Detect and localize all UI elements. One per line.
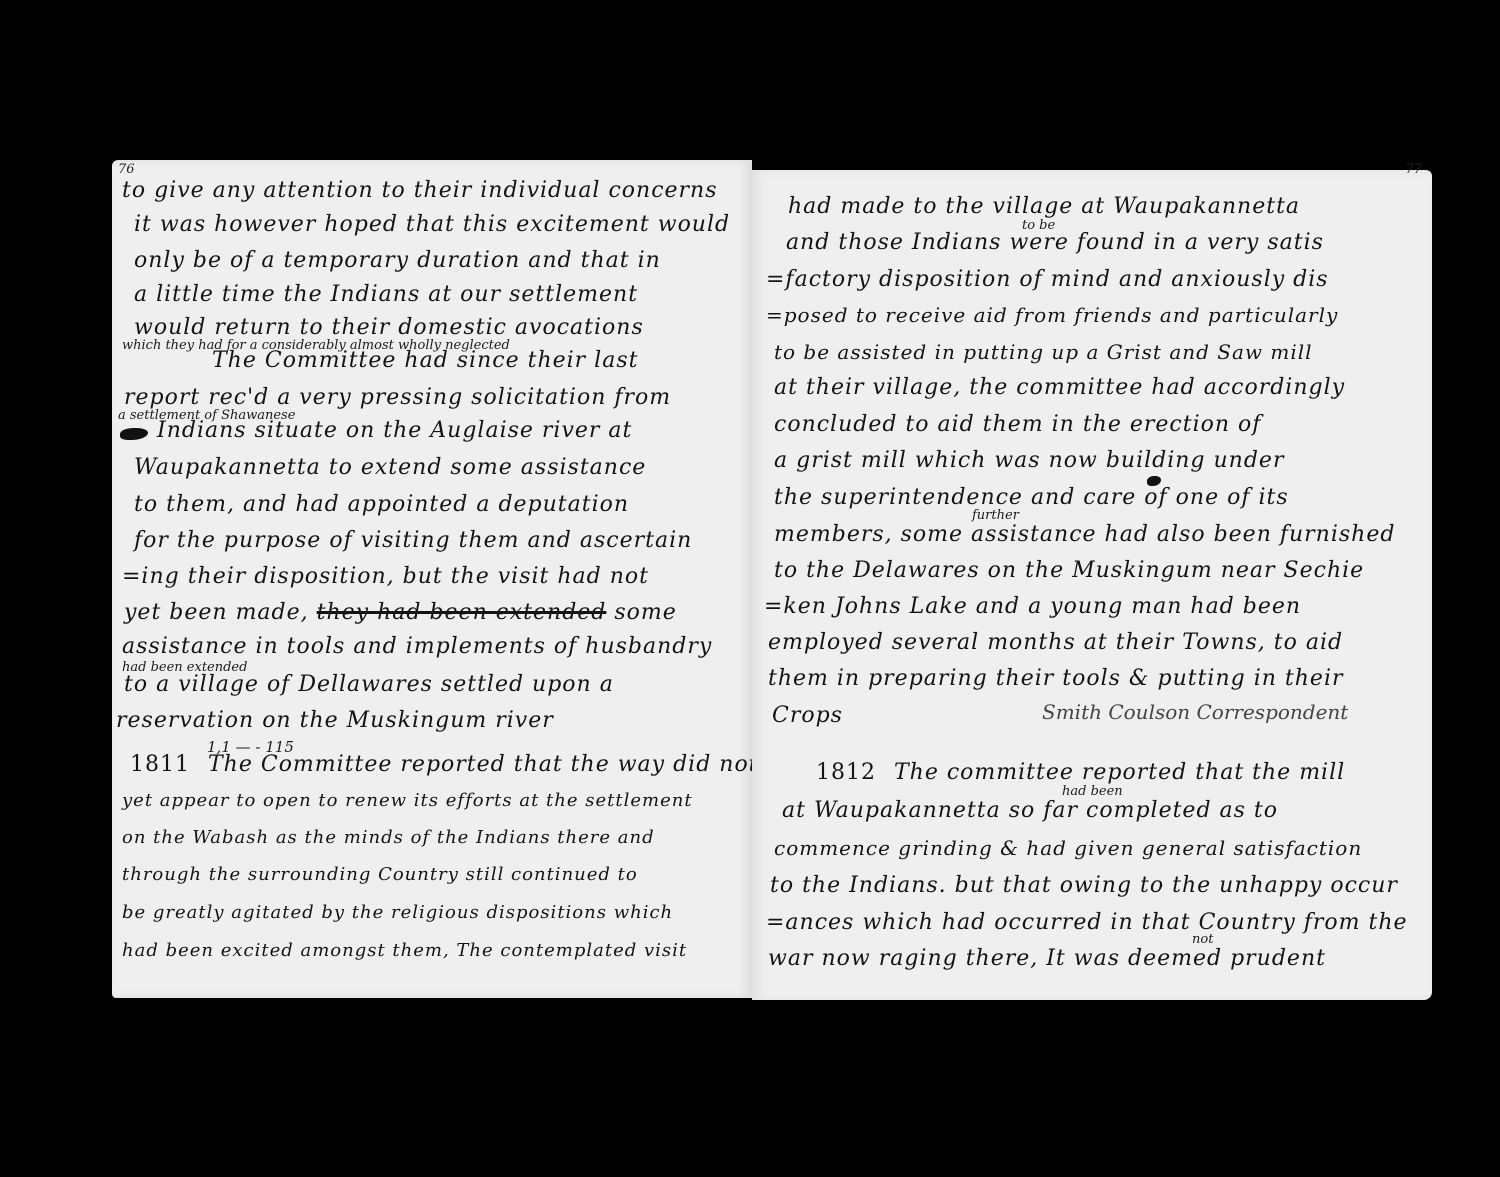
right-manuscript-page: 77 had made to the village at Waupakanne…	[752, 170, 1432, 1000]
manuscript-line: to them, and had appointed a deputation	[134, 492, 629, 517]
manuscript-line: a little time the Indians at our settlem…	[134, 282, 638, 307]
manuscript-line: and those Indians were found in a very s…	[786, 230, 1324, 255]
manuscript-line: yet been made, they had been extended so…	[124, 600, 677, 625]
interlinear-insertion: further	[972, 508, 1019, 523]
manuscript-line: 1811The Committee reported that the way …	[130, 752, 759, 777]
line-text: yet been made,	[124, 600, 309, 625]
manuscript-line: would return to their domestic avocation…	[134, 315, 644, 340]
manuscript-line: war now raging there, It was deemed prud…	[768, 946, 1326, 971]
manuscript-line: members, some assistance had also been f…	[774, 522, 1395, 547]
manuscript-line: yet appear to open to renew its efforts …	[122, 790, 693, 811]
ink-blot	[120, 428, 148, 440]
manuscript-line: to the Indians. but that owing to the un…	[770, 873, 1398, 898]
manuscript-line: commence grinding & had given general sa…	[774, 836, 1362, 860]
manuscript-line: 1812The committee reported that the mill	[816, 760, 1345, 785]
manuscript-line: =posed to receive aid from friends and p…	[766, 303, 1338, 327]
manuscript-line: be greatly agitated by the religious dis…	[122, 902, 673, 923]
manuscript-line: report rec'd a very pressing solicitatio…	[124, 385, 671, 410]
manuscript-line: =ken Johns Lake and a young man had been	[764, 594, 1301, 619]
manuscript-line: on the Wabash as the minds of the Indian…	[122, 827, 655, 848]
manuscript-line: =ing their disposition, but the visit ha…	[122, 564, 649, 589]
struck-text: they had been extended	[317, 600, 607, 625]
line-text: some	[614, 600, 676, 625]
manuscript-line: to a village of Dellawares settled upon …	[124, 672, 614, 697]
year-1811: 1811	[130, 752, 190, 777]
interlinear-insertion: had been	[1062, 784, 1123, 799]
manuscript-line: only be of a temporary duration and that…	[134, 248, 661, 273]
manuscript-line: at Waupakannetta so far completed as to	[782, 798, 1278, 823]
left-manuscript-page: 76 to give any attention to their indivi…	[112, 160, 752, 998]
line-text: The Committee reported that the way did …	[208, 752, 759, 777]
manuscript-line: to give any attention to their individua…	[122, 178, 718, 203]
manuscript-line: a grist mill which was now building unde…	[774, 448, 1284, 473]
manuscript-line: Waupakannetta to extend some assistance	[134, 455, 646, 480]
manuscript-line: at their village, the committee had acco…	[774, 375, 1345, 400]
manuscript-line: =ances which had occurred in that Countr…	[766, 910, 1408, 935]
manuscript-line: Crops	[772, 703, 843, 728]
page-number: 76	[118, 162, 135, 177]
interlinear-insertion: not	[1192, 932, 1213, 947]
manuscript-line: =factory disposition of mind and anxious…	[766, 267, 1329, 292]
signature: Smith Coulson Correspondent	[1042, 700, 1348, 724]
manuscript-line: had made to the village at Waupakannetta	[788, 194, 1300, 219]
line-text: The committee reported that the mill	[894, 760, 1345, 785]
manuscript-line: assistance in tools and implements of hu…	[122, 634, 712, 659]
manuscript-line: reservation on the Muskingum river	[116, 708, 554, 733]
manuscript-line: to be assisted in putting up a Grist and…	[774, 340, 1313, 364]
page-number: 77	[1405, 162, 1422, 177]
manuscript-line: them in preparing their tools & putting …	[768, 666, 1344, 691]
manuscript-line: for the purpose of visiting them and asc…	[134, 528, 692, 553]
manuscript-line: it was however hoped that this excitemen…	[134, 212, 730, 237]
manuscript-line: the superintendence and care of one of i…	[774, 485, 1289, 510]
manuscript-line: had been excited amongst them, The conte…	[122, 940, 687, 961]
year-1812: 1812	[816, 760, 876, 785]
manuscript-line: to the Delawares on the Muskingum near S…	[774, 558, 1364, 583]
manuscript-line: Indians situate on the Auglaise river at	[157, 418, 632, 443]
manuscript-line: employed several months at their Towns, …	[768, 630, 1343, 655]
manuscript-line: The Committee had since their last	[212, 348, 638, 373]
manuscript-line: through the surrounding Country still co…	[122, 864, 638, 885]
manuscript-line: concluded to aid them in the erection of	[774, 412, 1261, 437]
